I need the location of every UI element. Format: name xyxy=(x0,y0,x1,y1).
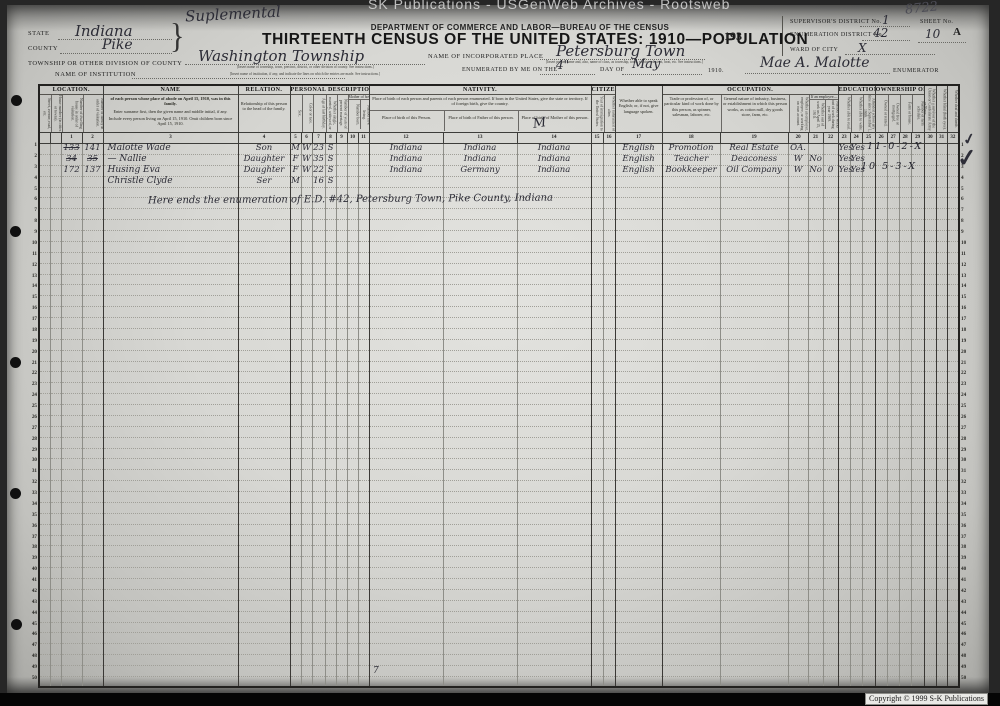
cell-write xyxy=(850,220,862,231)
cell-dwelling_number xyxy=(61,633,82,644)
cell-farm_schedule xyxy=(911,405,924,416)
table-header: LOCATION. Street, avenue, road, etc. Hou… xyxy=(39,85,959,144)
township-label: TOWNSHIP OR OTHER DIVISION OF COUNTY xyxy=(28,60,182,67)
cell-deaf xyxy=(947,622,959,633)
cell-relation xyxy=(238,633,290,644)
cell-sex xyxy=(290,481,301,492)
owned-rented-col-label: Owned or rented. xyxy=(876,95,888,132)
blind-header: Whether blind (both eyes). xyxy=(936,85,947,133)
institution-line xyxy=(132,77,345,79)
cell-family_number xyxy=(82,644,103,655)
cell-farm_house xyxy=(899,307,911,318)
cell-out_of_work xyxy=(808,470,823,481)
cell-survivor xyxy=(924,176,936,187)
cell-birthplace xyxy=(369,502,443,513)
cell-weeks_out xyxy=(823,383,838,394)
family-col-label: Number of family in order of visitation. xyxy=(84,95,103,132)
column-number: 7 xyxy=(312,133,325,144)
cell-english xyxy=(615,209,662,220)
cell-home_free xyxy=(887,546,899,557)
hole-punch xyxy=(10,488,21,499)
census-line-47 xyxy=(39,644,959,655)
cell-trade: Promotion xyxy=(662,144,720,155)
cell-survivor xyxy=(924,231,936,242)
cell-blind xyxy=(936,546,947,557)
cell-children_living xyxy=(358,600,369,611)
cell-survivor xyxy=(924,144,936,155)
cell-street xyxy=(39,198,50,209)
line-number: 10 xyxy=(25,238,37,249)
cell-deaf xyxy=(947,600,959,611)
cell-survivor xyxy=(924,263,936,274)
cell-school xyxy=(862,470,875,481)
cell-immigration_year xyxy=(591,611,603,622)
cell-blind xyxy=(936,350,947,361)
cell-street xyxy=(39,339,50,350)
cell-out_of_work xyxy=(808,405,823,416)
line-number: 5 xyxy=(961,184,973,195)
cell-relation xyxy=(238,579,290,590)
cell-dwelling_number xyxy=(61,328,82,339)
cell-relation xyxy=(238,307,290,318)
line-number: 12 xyxy=(25,260,37,271)
signature-line xyxy=(745,72,890,74)
cell-name xyxy=(103,481,238,492)
cell-relation xyxy=(238,611,290,622)
cell-english xyxy=(615,350,662,361)
cell-read xyxy=(838,274,850,285)
cell-home_owned xyxy=(875,426,887,437)
cell-employer xyxy=(788,394,808,405)
cell-marital xyxy=(325,231,336,242)
cell-father_birthplace xyxy=(443,535,517,546)
cell-blind xyxy=(936,600,947,611)
cell-read xyxy=(838,241,850,252)
cell-survivor xyxy=(924,470,936,481)
cell-name xyxy=(103,383,238,394)
cell-dwelling_number xyxy=(61,513,82,524)
cell-home_owned xyxy=(875,339,887,350)
cell-children_born xyxy=(347,524,358,535)
cell-immigration_year xyxy=(591,328,603,339)
cell-children_born xyxy=(347,513,358,524)
cell-naturalized xyxy=(603,481,615,492)
cell-school xyxy=(862,579,875,590)
cell-employer: W xyxy=(788,154,808,165)
cell-trade xyxy=(662,513,720,524)
cell-weeks_out xyxy=(823,285,838,296)
cell-home_owned xyxy=(875,415,887,426)
cell-school xyxy=(862,600,875,611)
cell-read xyxy=(838,263,850,274)
cell-dwelling_number xyxy=(61,600,82,611)
cell-birthplace xyxy=(369,220,443,231)
cell-house_number xyxy=(50,437,61,448)
cell-years_married xyxy=(336,611,347,622)
cell-name xyxy=(103,361,238,372)
free-mortgaged-col-label: Owned free or mortgaged. xyxy=(889,95,900,132)
cell-children_born xyxy=(347,470,358,481)
cell-home_owned xyxy=(875,622,887,633)
cell-children_living xyxy=(358,274,369,285)
cell-sex xyxy=(290,502,301,513)
cell-trade xyxy=(662,611,720,622)
cell-naturalized xyxy=(603,622,615,633)
relation-desc: Relationship of this person to the head … xyxy=(239,95,290,113)
cell-mother_birthplace xyxy=(517,372,591,383)
cell-farm_house xyxy=(899,415,911,426)
cell-weeks_out xyxy=(823,209,838,220)
cell-immigration_year xyxy=(591,437,603,448)
cell-english xyxy=(615,622,662,633)
cell-school xyxy=(862,448,875,459)
cell-name xyxy=(103,524,238,535)
cell-dwelling_number xyxy=(61,492,82,503)
cell-deaf xyxy=(947,666,959,677)
cell-blind xyxy=(936,198,947,209)
cell-english xyxy=(615,339,662,350)
cell-home_free xyxy=(887,252,899,263)
cell-name xyxy=(103,307,238,318)
cell-dwelling_number xyxy=(61,459,82,470)
cell-years_married xyxy=(336,144,347,155)
cell-color: W xyxy=(301,144,312,155)
cell-sex: F xyxy=(290,165,301,176)
cell-sex xyxy=(290,394,301,405)
cell-deaf xyxy=(947,328,959,339)
cell-birthplace xyxy=(369,372,443,383)
cell-relation xyxy=(238,492,290,503)
cell-marital xyxy=(325,676,336,687)
cell-read xyxy=(838,546,850,557)
cell-blind xyxy=(936,481,947,492)
cell-blind xyxy=(936,459,947,470)
line-numbers-left: 1234567891011121314151617181920212223242… xyxy=(25,140,37,684)
cell-street xyxy=(39,535,50,546)
cell-children_born xyxy=(347,502,358,513)
cell-industry xyxy=(720,633,788,644)
cell-blind xyxy=(936,296,947,307)
cell-farm_house xyxy=(899,600,911,611)
cell-survivor xyxy=(924,285,936,296)
cell-dwelling_number xyxy=(61,481,82,492)
cell-weeks_out xyxy=(823,372,838,383)
cell-trade xyxy=(662,209,720,220)
cell-street xyxy=(39,655,50,666)
census-line-24 xyxy=(39,394,959,405)
cell-children_born xyxy=(347,644,358,655)
cell-children_born xyxy=(347,557,358,568)
cell-color xyxy=(301,285,312,296)
cell-home_owned xyxy=(875,502,887,513)
cell-home_free xyxy=(887,339,899,350)
cell-school xyxy=(862,231,875,242)
line-number: 23 xyxy=(25,379,37,390)
column-number: 6 xyxy=(301,133,312,144)
cell-color xyxy=(301,307,312,318)
cell-sex xyxy=(290,448,301,459)
census-line-38 xyxy=(39,546,959,557)
cell-family_number xyxy=(82,187,103,198)
cell-age xyxy=(312,611,325,622)
cell-blind xyxy=(936,448,947,459)
line-number: 45 xyxy=(961,619,973,630)
cell-children_born xyxy=(347,611,358,622)
cell-mother_birthplace xyxy=(517,426,591,437)
cell-read xyxy=(838,187,850,198)
cell-mother_birthplace xyxy=(517,492,591,503)
cell-color xyxy=(301,274,312,285)
cell-blind xyxy=(936,622,947,633)
cell-color xyxy=(301,415,312,426)
cell-name: Malotte Wade xyxy=(103,144,238,155)
cell-home_free xyxy=(887,187,899,198)
line-number: 29 xyxy=(25,445,37,456)
cell-survivor xyxy=(924,241,936,252)
cell-home_free xyxy=(887,502,899,513)
line-number: 24 xyxy=(961,390,973,401)
cell-sex xyxy=(290,209,301,220)
cell-name xyxy=(103,633,238,644)
cell-english xyxy=(615,535,662,546)
cell-industry xyxy=(720,666,788,677)
cell-industry xyxy=(720,535,788,546)
cell-family_number xyxy=(82,513,103,524)
cell-write xyxy=(850,611,862,622)
cell-farm_schedule xyxy=(911,274,924,285)
cell-marital: S xyxy=(325,154,336,165)
cell-marital xyxy=(325,263,336,274)
cell-home_free xyxy=(887,296,899,307)
cell-out_of_work xyxy=(808,513,823,524)
cell-sex xyxy=(290,492,301,503)
cell-children_living xyxy=(358,241,369,252)
cell-family_number xyxy=(82,209,103,220)
cell-farm_house xyxy=(899,492,911,503)
census-line-9 xyxy=(39,231,959,242)
cell-read: Yes xyxy=(838,165,850,176)
line-number: 36 xyxy=(961,521,973,532)
cell-employer xyxy=(788,470,808,481)
line-number: 3 xyxy=(25,162,37,173)
cell-home_free xyxy=(887,198,899,209)
cell-dwelling_number xyxy=(61,263,82,274)
cell-mother_birthplace xyxy=(517,622,591,633)
cell-school xyxy=(862,350,875,361)
cell-deaf xyxy=(947,241,959,252)
cell-trade xyxy=(662,176,720,187)
cell-school xyxy=(862,492,875,503)
cell-english xyxy=(615,231,662,242)
cell-farm_schedule xyxy=(911,426,924,437)
cell-name xyxy=(103,426,238,437)
cell-school xyxy=(862,318,875,329)
cell-trade xyxy=(662,285,720,296)
cell-color xyxy=(301,600,312,611)
cell-home_owned xyxy=(875,187,887,198)
cell-father_birthplace xyxy=(443,633,517,644)
cell-mother_birthplace xyxy=(517,481,591,492)
cell-name xyxy=(103,350,238,361)
cell-english: English xyxy=(615,144,662,155)
cell-industry xyxy=(720,350,788,361)
survivor-col-label: Whether a survivor of the Union or Confe… xyxy=(925,86,936,132)
cell-deaf xyxy=(947,361,959,372)
occupation-header: OCCUPATION. Trade or profession of, or p… xyxy=(662,85,838,133)
cell-read xyxy=(838,198,850,209)
cell-weeks_out xyxy=(823,231,838,242)
cell-write xyxy=(850,209,862,220)
cell-employer xyxy=(788,502,808,513)
cell-farm_schedule xyxy=(911,318,924,329)
cell-dwelling_number xyxy=(61,502,82,513)
cell-street xyxy=(39,372,50,383)
cell-farm_house xyxy=(899,622,911,633)
cell-house_number xyxy=(50,241,61,252)
cell-industry xyxy=(720,492,788,503)
cell-relation xyxy=(238,383,290,394)
cell-house_number xyxy=(50,655,61,666)
cell-industry xyxy=(720,579,788,590)
cell-industry xyxy=(720,426,788,437)
cell-weeks_out xyxy=(823,350,838,361)
employer-col-label: Whether an employer, employee, or workin… xyxy=(790,95,809,132)
cell-children_born xyxy=(347,655,358,666)
cell-birthplace xyxy=(369,492,443,503)
column-number: 19 xyxy=(720,133,788,144)
cell-relation xyxy=(238,666,290,677)
cell-industry xyxy=(720,274,788,285)
cell-employer xyxy=(788,589,808,600)
cell-children_living xyxy=(358,546,369,557)
cell-family_number xyxy=(82,502,103,513)
cell-years_married xyxy=(336,372,347,383)
cell-family_number xyxy=(82,676,103,687)
cell-farm_schedule xyxy=(911,220,924,231)
cell-home_owned xyxy=(875,579,887,590)
cell-home_owned xyxy=(875,459,887,470)
cell-read xyxy=(838,481,850,492)
cell-age xyxy=(312,241,325,252)
cell-sex xyxy=(290,426,301,437)
cell-deaf xyxy=(947,263,959,274)
cell-sex xyxy=(290,361,301,372)
cell-age xyxy=(312,492,325,503)
copyright-notice: Copyright © 1999 S-K Publications xyxy=(865,693,988,705)
cell-industry xyxy=(720,383,788,394)
cell-age xyxy=(312,622,325,633)
cell-home_free xyxy=(887,579,899,590)
cell-color xyxy=(301,502,312,513)
column-number: 31 xyxy=(936,133,947,144)
cell-naturalized xyxy=(603,437,615,448)
cell-farm_schedule xyxy=(911,655,924,666)
cell-years_married xyxy=(336,502,347,513)
line-number: 5 xyxy=(25,184,37,195)
cell-color xyxy=(301,513,312,524)
cell-relation: Ser xyxy=(238,176,290,187)
cell-out_of_work xyxy=(808,339,823,350)
cell-school xyxy=(862,535,875,546)
cell-house_number xyxy=(50,165,61,176)
birthplace-mother-col-label: Place of birth of Mother of this person. xyxy=(519,111,592,121)
cell-school xyxy=(862,274,875,285)
cell-employer xyxy=(788,361,808,372)
cell-english xyxy=(615,644,662,655)
cell-relation xyxy=(238,426,290,437)
cell-home_free xyxy=(887,535,899,546)
cell-industry xyxy=(720,252,788,263)
cell-school xyxy=(862,546,875,557)
cell-employer xyxy=(788,252,808,263)
line-number: 26 xyxy=(25,412,37,423)
cell-house_number xyxy=(50,296,61,307)
cell-dwelling_number xyxy=(61,655,82,666)
cell-birthplace xyxy=(369,176,443,187)
cell-industry: Real Estate xyxy=(720,144,788,155)
cell-dwelling_number: 172 xyxy=(61,165,82,176)
cell-birthplace xyxy=(369,600,443,611)
cell-write xyxy=(850,176,862,187)
cell-farm_house xyxy=(899,361,911,372)
cell-naturalized xyxy=(603,535,615,546)
cell-naturalized xyxy=(603,220,615,231)
cell-out_of_work: No xyxy=(808,165,823,176)
cell-read xyxy=(838,513,850,524)
children-born-col-label: Number born. xyxy=(349,100,360,129)
cell-children_living xyxy=(358,176,369,187)
cell-trade xyxy=(662,557,720,568)
cell-home_free xyxy=(887,524,899,535)
cell-read xyxy=(838,405,850,416)
cell-children_born xyxy=(347,296,358,307)
cell-mother_birthplace xyxy=(517,296,591,307)
cell-children_born xyxy=(347,252,358,263)
cell-farm_schedule xyxy=(911,481,924,492)
cell-family_number xyxy=(82,383,103,394)
cell-years_married xyxy=(336,622,347,633)
cell-home_free xyxy=(887,557,899,568)
cell-farm_schedule xyxy=(911,176,924,187)
cell-survivor xyxy=(924,633,936,644)
cell-blind xyxy=(936,405,947,416)
cell-employer xyxy=(788,405,808,416)
cell-children_living xyxy=(358,459,369,470)
cell-birthplace xyxy=(369,579,443,590)
cell-farm_schedule xyxy=(911,328,924,339)
cell-house_number xyxy=(50,459,61,470)
cell-house_number xyxy=(50,644,61,655)
cell-home_free xyxy=(887,394,899,405)
cell-street xyxy=(39,241,50,252)
cell-naturalized xyxy=(603,676,615,687)
cell-industry xyxy=(720,568,788,579)
cell-age xyxy=(312,666,325,677)
cell-marital xyxy=(325,611,336,622)
cell-read xyxy=(838,318,850,329)
cell-deaf xyxy=(947,176,959,187)
cell-survivor xyxy=(924,644,936,655)
cell-sex xyxy=(290,231,301,242)
line-number: 25 xyxy=(961,401,973,412)
cell-trade xyxy=(662,307,720,318)
cell-farm_schedule xyxy=(911,187,924,198)
cell-children_living xyxy=(358,666,369,677)
cell-sex xyxy=(290,328,301,339)
cell-school xyxy=(862,187,875,198)
cell-marital xyxy=(325,546,336,557)
cell-relation xyxy=(238,372,290,383)
